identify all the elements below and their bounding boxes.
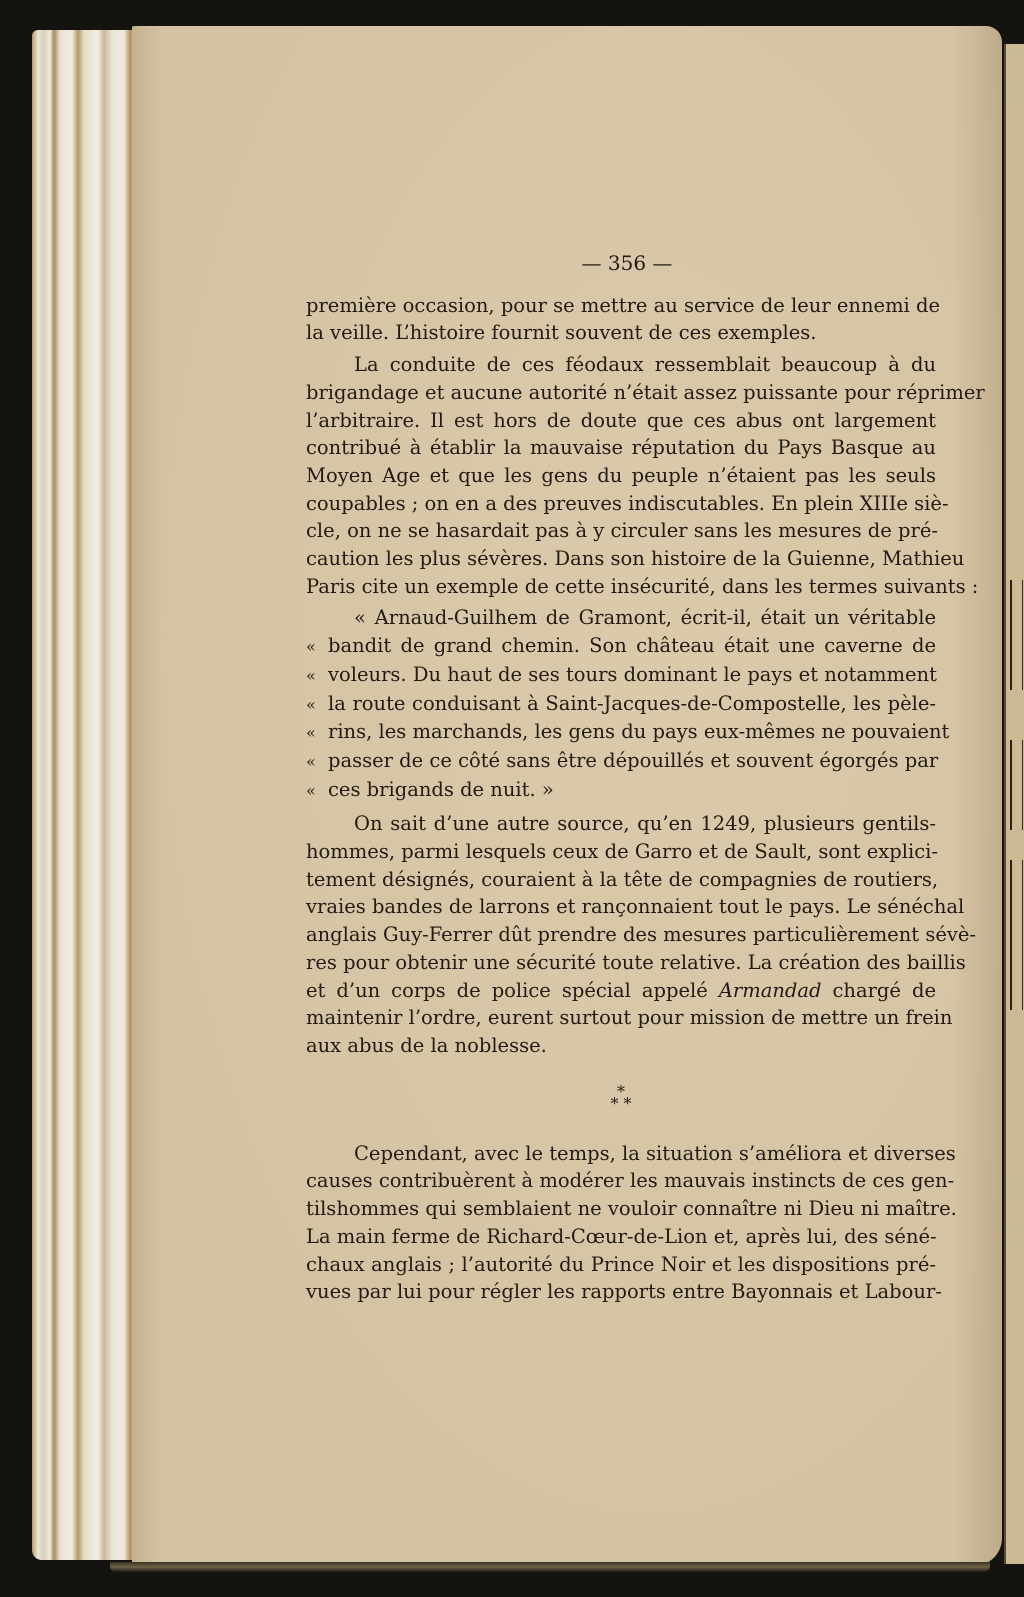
- quote-line: bandit de grand chemin. Son château étai…: [328, 634, 936, 657]
- text-line: vues par lui pour régler les rapports en…: [306, 1278, 936, 1306]
- text-line-armandad: et d’un corps de police spécial appelé A…: [306, 977, 936, 1005]
- paragraph-continuation: première occasion, pour se mettre au ser…: [306, 292, 936, 347]
- quote-mark: «: [306, 777, 328, 805]
- text-line: causes contribuèrent à modérer les mauva…: [306, 1167, 936, 1195]
- quote-line-wrap: «bandit de grand chemin. Son château éta…: [306, 632, 936, 661]
- text-line: hommes, parmi lesquels ceux de Garro et …: [306, 838, 936, 866]
- text-line: brigandage et aucune autorité n’était as…: [306, 379, 936, 407]
- paragraph-year-1249: On sait d’une autre source, qu’en 1249, …: [306, 810, 936, 1059]
- quote-line-wrap: «voleurs. Du haut de ses tours dominant …: [306, 661, 936, 690]
- text-line: La conduite de ces féodaux ressemblait b…: [306, 351, 936, 379]
- text-line: On sait d’une autre source, qu’en 1249, …: [306, 810, 936, 838]
- text-fragment: et d’un corps de police spécial appelé: [306, 979, 719, 1002]
- paragraph-feudal-conduct: La conduite de ces féodaux ressemblait b…: [306, 351, 936, 600]
- text-line: première occasion, pour se mettre au ser…: [306, 292, 936, 320]
- quote-line-wrap: «ces brigands de nuit. »: [306, 776, 936, 805]
- text-line: contribué à établir la mauvaise réputati…: [306, 434, 936, 462]
- adjacent-illustration-fragment: [1010, 860, 1023, 1010]
- quote-line: passer de ce côté sans être dépouillés e…: [328, 749, 938, 772]
- text-line: Paris cite un exemple de cette insécurit…: [306, 573, 936, 601]
- quote-line: « Arnaud-Guilhem de Gramont, écrit-il, é…: [306, 604, 936, 632]
- page-text-block: — 356 — première occasion, pour se mettr…: [306, 250, 936, 1310]
- text-line: Moyen Age et que les gens du peuple n’ét…: [306, 462, 936, 490]
- adjacent-illustration-fragment: [1010, 580, 1023, 690]
- text-line: aux abus de la noblesse.: [306, 1032, 936, 1060]
- text-line: cle, on ne se hasardait pas à y circuler…: [306, 517, 936, 545]
- text-line: vraies bandes de larrons et rançonnaient…: [306, 893, 936, 921]
- text-line: maintenir l’ordre, eurent surtout pour m…: [306, 1004, 936, 1032]
- quote-line: la route conduisant à Saint-Jacques-de-C…: [328, 692, 936, 715]
- section-break-asterism: * * *: [306, 1086, 936, 1110]
- quote-mark: «: [306, 691, 328, 719]
- quote-mark: «: [306, 662, 328, 690]
- quote-line: voleurs. Du haut de ses tours dominant l…: [328, 663, 937, 686]
- stacked-page-edges: [32, 30, 136, 1560]
- quote-line: rins, les marchands, les gens du pays eu…: [328, 720, 949, 743]
- text-line: Cependant, avec le temps, la situation s…: [306, 1140, 936, 1168]
- adjacent-illustration-fragment: [1010, 740, 1023, 830]
- text-line: l’arbitraire. Il est hors de doute que c…: [306, 407, 936, 435]
- text-line: coupables ; on en a des preuves indiscut…: [306, 490, 936, 518]
- text-fragment: chargé de: [822, 979, 936, 1002]
- quote-line-wrap: «la route conduisant à Saint-Jacques-de-…: [306, 690, 936, 719]
- text-line: tilshommes qui semblaient ne vouloir con…: [306, 1195, 936, 1223]
- paragraph-cependant: Cependant, avec le temps, la situation s…: [306, 1140, 936, 1306]
- text-line: res pour obtenir une sécurité toute rela…: [306, 949, 936, 977]
- text-line: la veille. L’histoire fournit souvent de…: [306, 319, 936, 347]
- quote-mark: «: [306, 748, 328, 776]
- text-line: chaux anglais ; l’autorité du Prince Noi…: [306, 1251, 936, 1279]
- quote-line-wrap: «rins, les marchands, les gens du pays e…: [306, 718, 936, 747]
- page-bottom-edge: [110, 1562, 990, 1572]
- quotation-block: « Arnaud-Guilhem de Gramont, écrit-il, é…: [306, 604, 936, 804]
- text-line: La main ferme de Richard-Cœur-de-Lion et…: [306, 1223, 936, 1251]
- asterism-bottom: * *: [610, 1094, 631, 1113]
- text-line: tement désignés, couraient à la tête de …: [306, 866, 936, 894]
- italic-term-armandad: Armandad: [719, 979, 822, 1002]
- quote-mark: «: [306, 633, 328, 661]
- text-line: caution les plus sévères. Dans son histo…: [306, 545, 936, 573]
- quote-line-wrap: «passer de ce côté sans être dépouillés …: [306, 747, 936, 776]
- quote-line: ces brigands de nuit. »: [328, 778, 554, 801]
- text-line: anglais Guy-Ferrer dût prendre des mesur…: [306, 921, 936, 949]
- page-number: — 356 —: [318, 250, 936, 278]
- quote-mark: «: [306, 719, 328, 747]
